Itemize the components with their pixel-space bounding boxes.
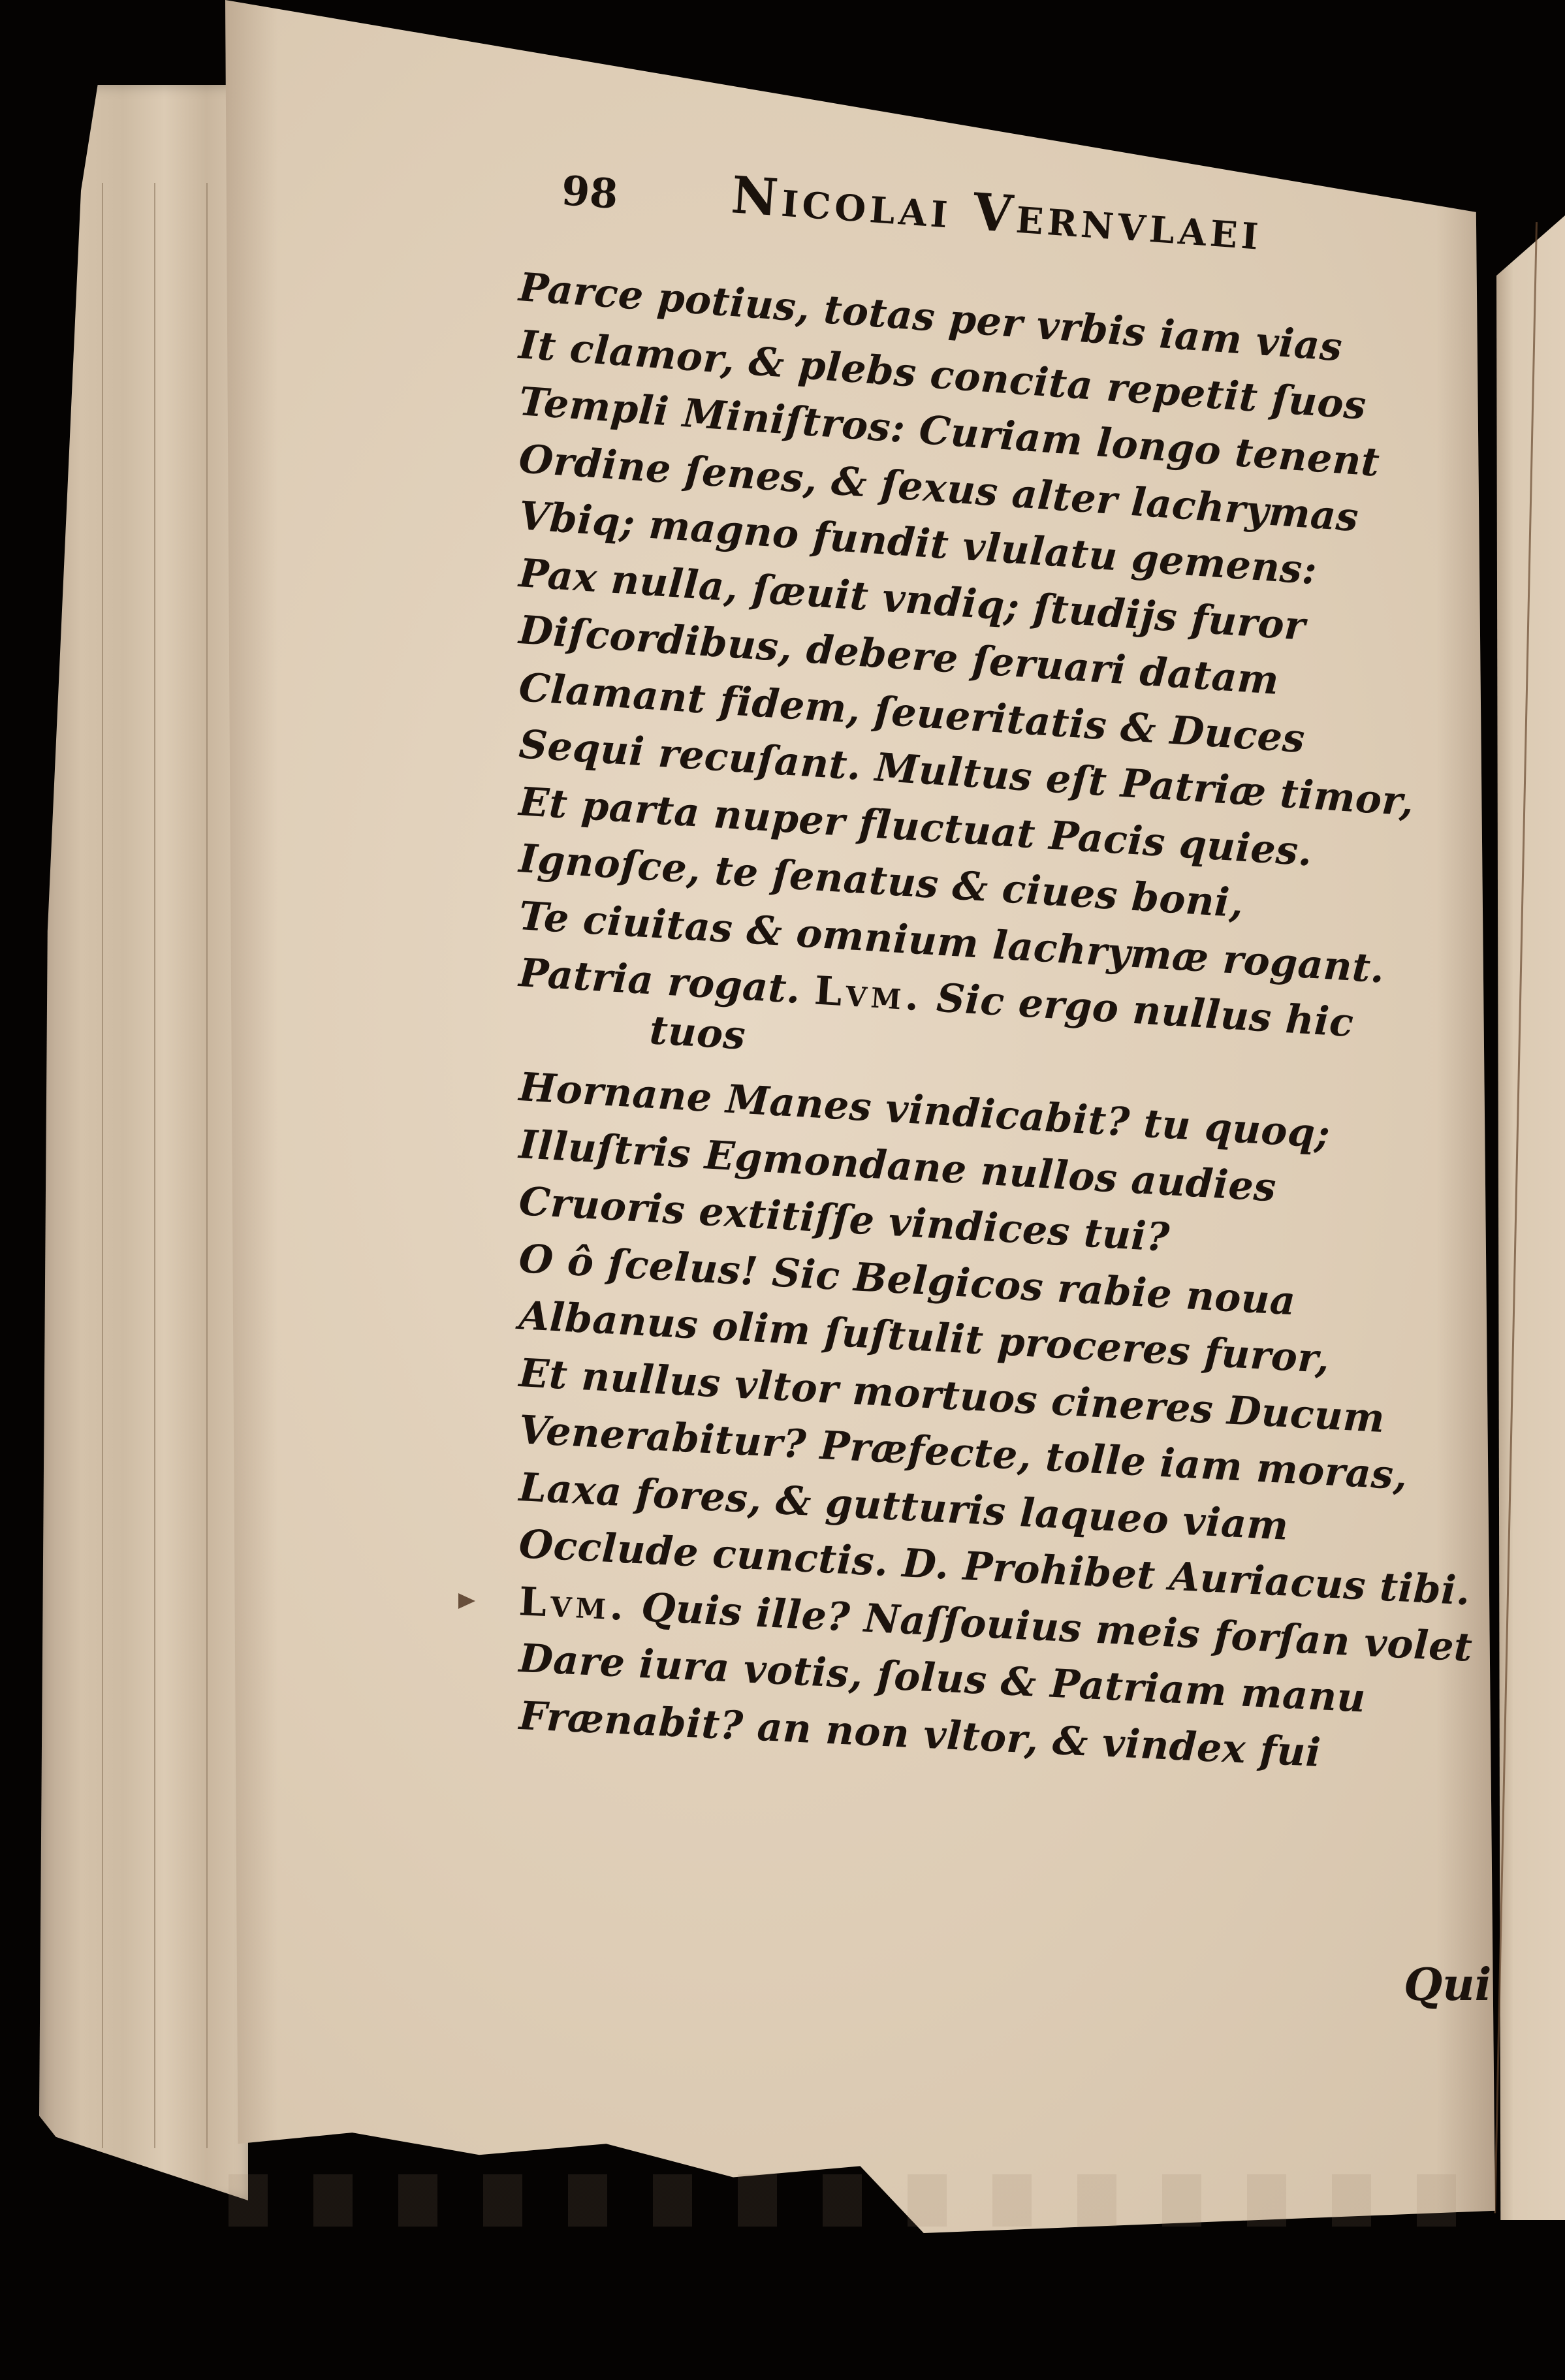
deckled-bottom-edge	[229, 2174, 1502, 2227]
speaker-label: Lvm.	[518, 1579, 628, 1630]
page-edge-line	[102, 183, 103, 2148]
margin-arrow-mark	[458, 1593, 475, 1609]
page-number: 98	[560, 167, 620, 218]
text-line: tuos	[648, 1008, 747, 1059]
page-edge-line	[154, 183, 155, 2148]
page-edge-line	[206, 183, 208, 2148]
speaker-label: Lvm.	[813, 968, 924, 1020]
catchword: Qui	[1404, 1959, 1492, 2011]
page-stack-edges	[39, 85, 248, 2200]
gutter-shadow	[1436, 0, 1495, 2233]
